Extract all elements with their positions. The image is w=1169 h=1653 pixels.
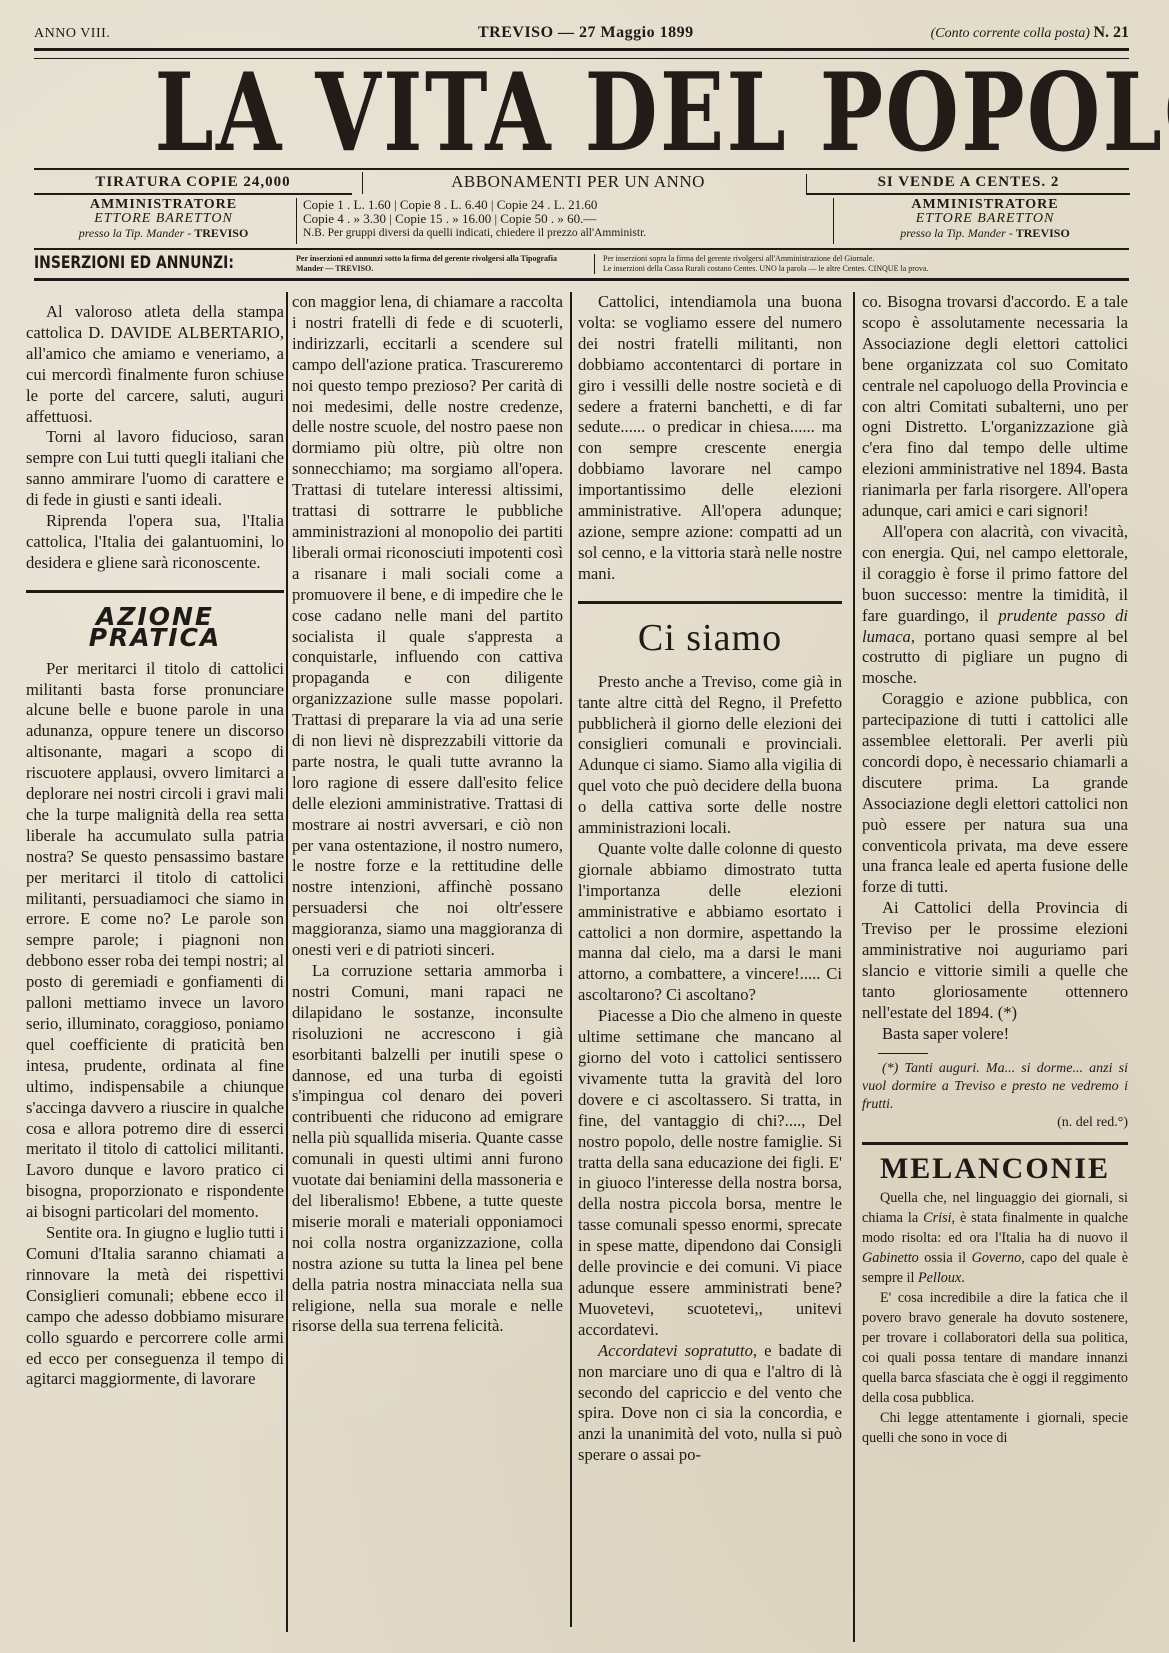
postal-note: (Conto corrente colla posta) — [931, 26, 1090, 41]
emphasis: Governo — [972, 1250, 1022, 1266]
administrator-left: AMMINISTRATORE ETTORE BARETTON presso la… — [36, 198, 291, 240]
administrator-right: AMMINISTRATORE ETTORE BARETTON presso la… — [840, 198, 1130, 240]
paragraph: Al valoroso atleta della stampa cattolic… — [26, 302, 284, 427]
paragraph: La corruzione settaria ammorba i nostri … — [292, 961, 563, 1337]
footnote-rule — [878, 1053, 928, 1054]
paragraph: Quante volte dalle colonne di questo gio… — [578, 839, 842, 1006]
issue-number: N. 21 — [1093, 24, 1129, 41]
admin-title: AMMINISTRATORE — [840, 198, 1130, 212]
admin-place: presso la Tip. Mander - TREVISO — [840, 226, 1130, 240]
paragraph: All'opera con alacrità, con vivacità, co… — [862, 522, 1128, 689]
admin-city: TREVISO — [1016, 226, 1070, 240]
newspaper-page: ANNO VIII. TREVISO — 27 Maggio 1899 (Con… — [0, 0, 1169, 1653]
paragraph: Accordatevi sopratutto, e badate di non … — [578, 1341, 842, 1466]
paragraph: Chi legge attentamente i giornali, speci… — [862, 1408, 1128, 1448]
paragraph: Piacesse a Dio che almeno in queste ulti… — [578, 1006, 842, 1341]
article-heading-melanconie: MELANCONIE — [862, 1159, 1128, 1180]
column-3: Cattolici, intendiamola una buona volta:… — [578, 292, 842, 1643]
paragraph: Coraggio e azione pubblica, con partecip… — [862, 689, 1128, 898]
text: . — [961, 1270, 965, 1286]
section-rule — [862, 1142, 1128, 1149]
paragraph: E' cosa incredibile a dire la fatica che… — [862, 1288, 1128, 1408]
advertising-note-1: Per inserzioni ed annunzi sotto la firma… — [296, 254, 586, 274]
subscription-prices: Copie 1 . L. 1.60 | Copie 8 . L. 6.40 | … — [296, 198, 834, 244]
issue-number-block: (Conto corrente colla posta) N. 21 — [931, 24, 1129, 42]
paragraph: co. Bisogna trovarsi d'accordo. E a tale… — [862, 292, 1128, 522]
paragraph: Sentite ora. In giugno e luglio tutti i … — [26, 1223, 284, 1390]
article-heading-azione-pratica: AZIONE PRATICA — [26, 607, 284, 649]
admin-name: ETTORE BARETTON — [36, 212, 291, 226]
admin-place: presso la Tip. Mander - TREVISO — [36, 226, 291, 240]
column-divider — [853, 292, 855, 1642]
section-rule — [578, 601, 842, 608]
admin-place-text: presso la Tip. Mander - — [900, 226, 1016, 240]
column-divider — [286, 292, 288, 1632]
article-heading-ci-siamo: Ci siamo — [578, 618, 842, 658]
editorial-footnote: (*) Tanti auguri. Ma... si dorme... anzi… — [862, 1060, 1128, 1132]
paragraph: Quella che, nel linguaggio dei giornali,… — [862, 1188, 1128, 1288]
advertising-note-2a: Per inserzioni sopra la firma del gerent… — [603, 254, 1133, 264]
column-1: Al valoroso atleta della stampa cattolic… — [26, 292, 284, 1643]
emphasis: Gabinetto — [862, 1250, 919, 1266]
section-rule — [26, 590, 284, 597]
band-top-row: TIRATURA COPIE 24,000 ABBONAMENTI PER UN… — [34, 168, 1129, 196]
column-4: co. Bisogna trovarsi d'accordo. E a tale… — [862, 292, 1128, 1643]
subscriptions-label: ABBONAMENTI PER UN ANNO — [362, 172, 793, 194]
newspaper-title: LA VITA DEL POPOLO — [154, 58, 1008, 168]
melanconie-body: Quella che, nel linguaggio dei giornali,… — [862, 1188, 1128, 1448]
greeting-albertario: Al valoroso atleta della stampa cattolic… — [26, 302, 284, 574]
advertising-note-2: Per inserzioni sopra la firma del gerent… — [594, 254, 1133, 274]
paragraph: Basta saper volere! — [862, 1024, 1128, 1045]
footnote-text: (*) Tanti auguri. Ma... si dorme... anzi… — [862, 1060, 1128, 1114]
issue-year: ANNO VIII. — [34, 26, 110, 42]
paragraph: Torni al lavoro fiducioso, saran sempre … — [26, 427, 284, 511]
paragraph: Presto anche a Treviso, come già in tant… — [578, 672, 842, 839]
advertising-row: INSERZIONI ED ANNUNZI: Per inserzioni ed… — [34, 248, 1129, 281]
text: ossia il — [919, 1250, 972, 1266]
admin-place-text: presso la Tip. Mander - — [79, 226, 195, 240]
advertising-note-2b: Le inserzioni della Cassa Rurali costano… — [603, 264, 1133, 274]
emphasis: Pelloux — [918, 1270, 961, 1286]
column-divider — [570, 292, 572, 1627]
circulation-label: TIRATURA COPIE 24,000 — [34, 174, 352, 195]
price-label: SI VENDE A CENTES. 2 — [806, 174, 1130, 195]
price-row-1: Copie 1 . L. 1.60 | Copie 8 . L. 6.40 | … — [303, 198, 833, 212]
subscription-band: TIRATURA COPIE 24,000 ABBONAMENTI PER UN… — [34, 168, 1129, 278]
emphasis: Accordatevi sopratutto — [598, 1341, 753, 1360]
admin-title: AMMINISTRATORE — [36, 198, 291, 212]
paragraph: Cattolici, intendiamola una buona volta:… — [578, 292, 842, 585]
footnote-attribution: (n. del red.°) — [862, 1114, 1128, 1132]
admin-name: ETTORE BARETTON — [840, 212, 1130, 226]
column-2: con maggior lena, di chiamare a raccolta… — [292, 292, 563, 1643]
emphasis: Crisi — [923, 1210, 951, 1226]
admin-city: TREVISO — [194, 226, 248, 240]
paragraph: Per meritarci il titolo di cattolici mil… — [26, 659, 284, 1223]
dateline: TREVISO — 27 Maggio 1899 — [478, 24, 694, 42]
price-note: N.B. Per gruppi diversi da quelli indica… — [303, 226, 833, 240]
top-info-line: ANNO VIII. TREVISO — 27 Maggio 1899 (Con… — [34, 22, 1129, 46]
paragraph: Ai Cattolici della Provincia di Treviso … — [862, 898, 1128, 1023]
advertising-heading: INSERZIONI ED ANNUNZI: — [34, 253, 234, 273]
paragraph: con maggior lena, di chiamare a raccolta… — [292, 292, 563, 961]
paragraph: Riprenda l'opera sua, l'Italia cattolica… — [26, 511, 284, 574]
price-row-2: Copie 4 . » 3.30 | Copie 15 . » 16.00 | … — [303, 212, 833, 226]
